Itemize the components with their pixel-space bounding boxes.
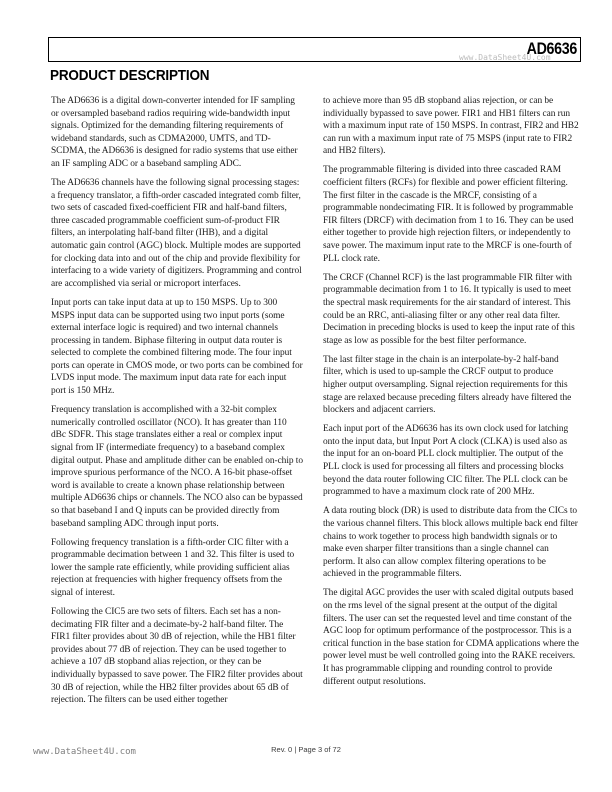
paragraph: Frequency translation is accomplished wi… [51, 404, 303, 530]
paragraph: The AD6636 channels have the following s… [51, 177, 303, 290]
watermark-top: www.DataSheet4U.com [459, 53, 551, 62]
paragraph: A data routing block (DR) is used to dis… [323, 505, 579, 581]
paragraph: The CRCF (Channel RCF) is the last progr… [323, 272, 579, 348]
paragraph: The last filter stage in the chain is an… [323, 354, 579, 417]
paragraph: The AD6636 is a digital down-converter i… [51, 95, 303, 171]
section-title: PRODUCT DESCRIPTION [50, 67, 209, 84]
watermark-bottom: www.DataSheet4U.com [33, 747, 136, 757]
paragraph: Each input port of the AD6636 has its ow… [323, 423, 579, 499]
paragraph: Following the CIC5 are two sets of filte… [51, 606, 303, 707]
paragraph: Input ports can take input data at up to… [51, 297, 303, 398]
right-column: to achieve more than 95 dB stopband alia… [323, 95, 579, 695]
paragraph: Following frequency translation is a fif… [51, 537, 303, 600]
paragraph: to achieve more than 95 dB stopband alia… [323, 95, 579, 158]
paragraph: The digital AGC provides the user with s… [323, 587, 579, 688]
datasheet-page: AD6636 www.DataSheet4U.com PRODUCT DESCR… [0, 0, 612, 792]
paragraph: The programmable filtering is divided in… [323, 164, 579, 265]
left-column: The AD6636 is a digital down-converter i… [51, 95, 303, 713]
